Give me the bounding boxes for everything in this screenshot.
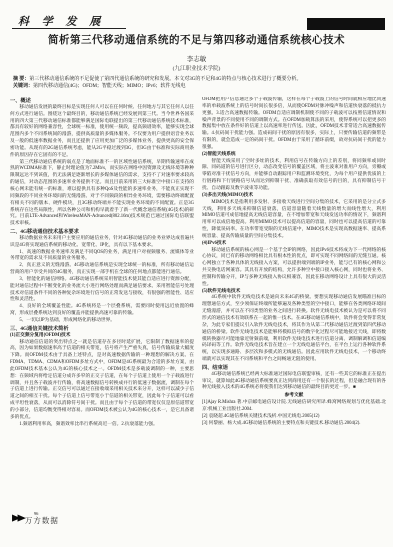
right-column: OFDM把用户信息通过多个子载波传输，这样在每个子载波上的信号时间就相应地比同速… [202,97,386,515]
wanfang-data-watermark: 万方数据 [25,517,59,525]
author-name: 李志敏 [0,54,393,63]
keywords-label: 关键词： [13,84,33,89]
journal-section-title: 科 学 发 展 [18,13,105,29]
body-paragraph: 4G移动通信系统已经两大标准通过国际电信联盟审核，还有一些其它的标准正在提出审议… [202,372,386,393]
subsection-heading-smart-antenna: (2)智能天线系统 [202,152,386,159]
reference-item: [1]Ajay R.Mishra 著.中京邮电通信设计院.无线通信研究所译.蜂窝… [202,400,386,414]
page-title: 简析第三代移动通信系统的不足与第四移动通信系统核心技术 [0,32,393,47]
abstract-text: 第三代移动通信系统的不足促使了第四代通信系统的研究和发展。本文对3G的不足和4G… [29,77,301,82]
abstract-line: 摘 要：第三代移动通信系统的不足促使了第四代通信系统的研究和发展。本文对3G的不… [13,76,384,83]
body-paragraph: 4、良好的全域覆盖性能。4G系统将是一个层叠系统，需要同时使用远近放置的蜂窝，形… [10,304,194,318]
section-heading-overview: 一、概述 [10,98,194,105]
body-paragraph: 智能天线采用了空时多址的技术，利用信号在传输方向上的差别，将同频率或同时隙、同码… [202,159,386,193]
keywords-text: 第四代移动通信(4G)；OFDM；智能天线；MIMO；IPv6；软件无线电 [33,84,186,89]
body-paragraph: 第三代移动通信系统的弱点是了地面标准不一的区域性通信系统，早期传输速率在成熟的W… [10,160,194,228]
header-underline-rule [12,28,126,29]
section-heading-key-tech: 三、4G通信关键技术简析 [10,326,194,333]
body-paragraph-continuation: OFDM把用户信息通过多个子载波传输，这样在每个子载波上的信号时间就相应地比同速… [202,97,386,152]
section-heading-4g-requirements: 二、4G移动通信技术基本要求 [10,229,194,236]
body-paragraph: MIMO技术是指利用多发射、多接收天线进行空间分集的技术，它采用的是分立式多天线… [202,200,386,241]
body-paragraph: 移动通信信道的突出特点之一就是信道存在多径时延扩展，它限制了数据速率的提高，因为… [10,340,194,422]
section-heading-conclusion: 四、结束语 [202,365,386,372]
body-paragraph: 1.频谱利用率高，频谱效率比串行系统高近一倍。2.抗衰落能力强。 [10,422,194,429]
subsection-heading-ofdm: (1)正交频分复用(OFDM)技术 [10,333,194,340]
wanfang-arrow-icon: ▶▶ [12,514,23,523]
abstract-label: 摘 要： [13,77,29,82]
body-paragraph: 2、真正意义的无缝漫游。4G移动通信系统是实现全球统一的标准，所有移动通信运营商… [10,263,194,277]
body-paragraph: 移动通信发展的最终目标是实现任何人可以在任何时候、任何地方与其它任何人以任何方式… [10,105,194,160]
subsection-heading-ipv6: (4)IPv6技术 [202,241,386,248]
reference-item: [2] 袁晓超.4G通信系统关键技术浅析.中国无线电.2005(12) [202,414,386,421]
body-paragraph: 移动数据业务未来用户主要应用的通信业务，针对4G移动通信的业务业界达成普遍共识是… [10,236,194,250]
keywords-line: 关键词：第四代移动通信(4G)；OFDM；智能天线；MIMO；IPv6；软件无线… [13,83,384,90]
abstract-keywords-block: 摘 要：第三代移动通信系统的不足促使了第四代通信系统的研究和发展。本文对3G的不… [13,76,384,90]
body-paragraph: 移动通信系统的核心网是一个基于全IP的网络，因此IPv6技术将成为下一代网络的核… [202,248,386,289]
wanfang-watermark-block: ▶▶ 96 万方数据 [12,512,59,525]
body-paragraph: 5、一切以IP为基础，形成网络化的移动世界。 [10,318,194,325]
reference-item: [3] 何黎丽、杨大成.4G移动通信系统的主要特点和关键技术.移动通信.2004… [202,421,386,428]
article-body: 一、概述 移动通信发展的最终目标是实现任何人可以在任何时候、任何地方与其它任何人… [10,97,386,515]
body-paragraph: 3、智能化的通信网络。4G移动通信系统采用智能技术使其能自适应进行资源分配，能对… [10,277,194,304]
author-affiliation: (九江职业技术学院) [0,64,393,72]
subsection-heading-mimo: (3)多出天线(MIMO)技术 [202,193,386,200]
body-paragraph: 1、高速的数据业务速率及满足不同QOS的业务，满足用户对视频服务、流媒体等业务带… [10,250,194,264]
body-paragraph: 4G系统中软件无线电技术是通向未来4G的桥梁。要想实现移动通信发展瞄准目标的理想… [202,295,386,363]
left-column: 一、概述 移动通信发展的最终目标是实现任何人可以在任何时候、任何地方与其它任何人… [10,97,194,515]
redacted-black-box [307,18,385,30]
